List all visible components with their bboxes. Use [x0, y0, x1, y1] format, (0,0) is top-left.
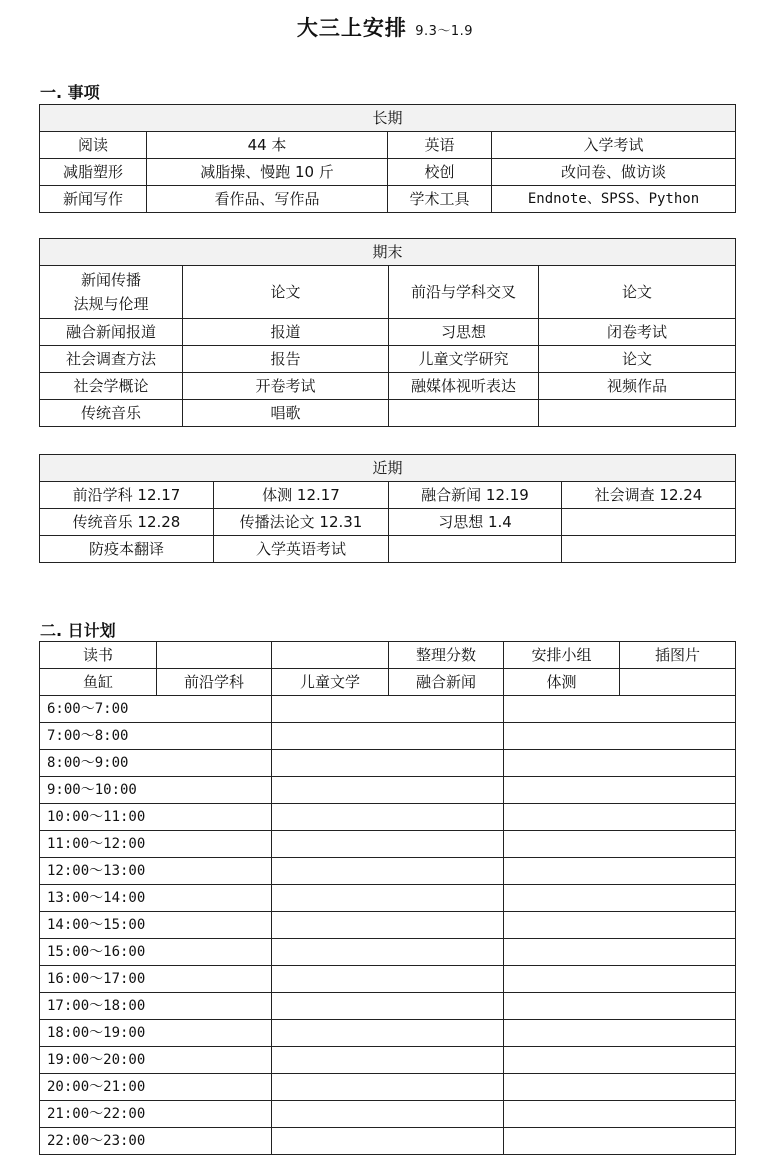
plan-cell[interactable] [272, 1074, 504, 1101]
cell: 论文 [183, 266, 389, 319]
plan-cell[interactable] [272, 723, 504, 750]
plan-cell[interactable] [272, 858, 504, 885]
task-cell: 前沿学科 [157, 669, 272, 696]
cell: 传统音乐 12.28 [40, 509, 214, 536]
time-slot-row: 7:00～8:00 [40, 723, 736, 750]
time-slot-row: 17:00～18:00 [40, 993, 736, 1020]
section-heading-daily-plan: 二. 日计划 [40, 618, 116, 641]
table-row: 新闻传播法规与伦理 论文 前沿与学科交叉 论文 [40, 266, 736, 319]
plan-cell[interactable] [272, 831, 504, 858]
time-slot-label: 22:00～23:00 [40, 1128, 272, 1155]
time-slot-row: 8:00～9:00 [40, 750, 736, 777]
cell: 前沿与学科交叉 [389, 266, 539, 319]
cell: 改问卷、做访谈 [492, 159, 736, 186]
cell: 体测 12.17 [214, 482, 389, 509]
document-title: 大三上安排 9.3～1.9 [0, 12, 770, 42]
plan-cell[interactable] [272, 1101, 504, 1128]
time-slot-row: 14:00～15:00 [40, 912, 736, 939]
time-slot-label: 12:00～13:00 [40, 858, 272, 885]
plan-cell[interactable] [272, 993, 504, 1020]
cell: 减脂操、慢跑 10 斤 [147, 159, 388, 186]
plan-cell[interactable] [504, 966, 736, 993]
daily-plan-table: 读书 整理分数 安排小组 插图片 鱼缸 前沿学科 儿童文学 融合新闻 体测 6:… [39, 641, 736, 1155]
table-row: 传统音乐 12.28 传播法论文 12.31 习思想 1.4 [40, 509, 736, 536]
plan-cell[interactable] [272, 804, 504, 831]
cell [389, 536, 562, 563]
plan-cell[interactable] [504, 1128, 736, 1155]
table-row: 融合新闻报道 报道 习思想 闭卷考试 [40, 319, 736, 346]
time-slot-label: 10:00～11:00 [40, 804, 272, 831]
plan-cell[interactable] [272, 912, 504, 939]
cell: 习思想 [389, 319, 539, 346]
cell: Endnote、SPSS、Python [492, 186, 736, 213]
plan-cell[interactable] [272, 750, 504, 777]
plan-cell[interactable] [504, 777, 736, 804]
cell: 报道 [183, 319, 389, 346]
cell: 44 本 [147, 132, 388, 159]
cell: 融合新闻 12.19 [389, 482, 562, 509]
time-slot-label: 8:00～9:00 [40, 750, 272, 777]
cell: 融媒体视听表达 [389, 373, 539, 400]
final-term-header: 期末 [40, 239, 736, 266]
cell: 阅读 [40, 132, 147, 159]
plan-cell[interactable] [272, 885, 504, 912]
time-slot-row: 6:00～7:00 [40, 696, 736, 723]
time-slot-row: 16:00～17:00 [40, 966, 736, 993]
plan-cell[interactable] [272, 777, 504, 804]
cell: 入学考试 [492, 132, 736, 159]
cell [562, 536, 736, 563]
table-row: 前沿学科 12.17 体测 12.17 融合新闻 12.19 社会调查 12.2… [40, 482, 736, 509]
cell [562, 509, 736, 536]
plan-cell[interactable] [504, 804, 736, 831]
cell: 看作品、写作品 [147, 186, 388, 213]
near-term-table: 近期 前沿学科 12.17 体测 12.17 融合新闻 12.19 社会调查 1… [39, 454, 736, 563]
time-slot-row: 15:00～16:00 [40, 939, 736, 966]
cell: 校创 [388, 159, 492, 186]
course-line-1: 新闻传播 [81, 271, 141, 289]
plan-cell[interactable] [504, 885, 736, 912]
time-slot-label: 19:00～20:00 [40, 1047, 272, 1074]
cell [539, 400, 736, 427]
table-row: 阅读 44 本 英语 入学考试 [40, 132, 736, 159]
cell: 减脂塑形 [40, 159, 147, 186]
plan-cell[interactable] [272, 966, 504, 993]
task-cell: 鱼缸 [40, 669, 157, 696]
plan-cell[interactable] [504, 696, 736, 723]
plan-cell[interactable] [504, 831, 736, 858]
time-slot-row: 12:00～13:00 [40, 858, 736, 885]
table-row: 社会调查方法 报告 儿童文学研究 论文 [40, 346, 736, 373]
task-cell: 整理分数 [389, 642, 504, 669]
cell: 报告 [183, 346, 389, 373]
time-slot-row: 18:00～19:00 [40, 1020, 736, 1047]
time-slot-row: 9:00～10:00 [40, 777, 736, 804]
task-cell: 安排小组 [504, 642, 620, 669]
time-slot-label: 16:00～17:00 [40, 966, 272, 993]
table-row: 减脂塑形 减脂操、慢跑 10 斤 校创 改问卷、做访谈 [40, 159, 736, 186]
table-row: 新闻写作 看作品、写作品 学术工具 Endnote、SPSS、Python [40, 186, 736, 213]
time-slot-label: 6:00～7:00 [40, 696, 272, 723]
time-slot-row: 10:00～11:00 [40, 804, 736, 831]
cell: 开卷考试 [183, 373, 389, 400]
table-row: 防疫本翻译 入学英语考试 [40, 536, 736, 563]
cell: 新闻传播法规与伦理 [40, 266, 183, 319]
time-slot-label: 14:00～15:00 [40, 912, 272, 939]
task-row: 读书 整理分数 安排小组 插图片 [40, 642, 736, 669]
task-cell [620, 669, 736, 696]
time-slot-label: 21:00～22:00 [40, 1101, 272, 1128]
time-slot-row: 21:00～22:00 [40, 1101, 736, 1128]
cell: 社会调查 12.24 [562, 482, 736, 509]
time-slot-label: 11:00～12:00 [40, 831, 272, 858]
task-cell [157, 642, 272, 669]
plan-cell[interactable] [272, 696, 504, 723]
task-cell: 融合新闻 [389, 669, 504, 696]
cell: 社会调查方法 [40, 346, 183, 373]
cell: 习思想 1.4 [389, 509, 562, 536]
cell: 儿童文学研究 [389, 346, 539, 373]
plan-cell[interactable] [504, 939, 736, 966]
cell: 融合新闻报道 [40, 319, 183, 346]
cell: 视频作品 [539, 373, 736, 400]
long-term-header: 长期 [40, 105, 736, 132]
time-slot-row: 19:00～20:00 [40, 1047, 736, 1074]
cell: 传统音乐 [40, 400, 183, 427]
cell: 社会学概论 [40, 373, 183, 400]
cell: 闭卷考试 [539, 319, 736, 346]
table-row: 传统音乐 唱歌 [40, 400, 736, 427]
cell: 英语 [388, 132, 492, 159]
cell: 传播法论文 12.31 [214, 509, 389, 536]
task-cell: 读书 [40, 642, 157, 669]
time-slot-label: 13:00～14:00 [40, 885, 272, 912]
time-slot-label: 7:00～8:00 [40, 723, 272, 750]
plan-cell[interactable] [272, 1047, 504, 1074]
plan-cell[interactable] [272, 1020, 504, 1047]
cell: 前沿学科 12.17 [40, 482, 214, 509]
time-slot-label: 17:00～18:00 [40, 993, 272, 1020]
cell: 学术工具 [388, 186, 492, 213]
title-date-range: 9.3～1.9 [415, 24, 473, 39]
cell: 论文 [539, 266, 736, 319]
plan-cell[interactable] [504, 993, 736, 1020]
time-slot-row: 13:00～14:00 [40, 885, 736, 912]
task-cell: 儿童文学 [272, 669, 389, 696]
table-row: 社会学概论 开卷考试 融媒体视听表达 视频作品 [40, 373, 736, 400]
cell: 防疫本翻译 [40, 536, 214, 563]
time-slot-label: 9:00～10:00 [40, 777, 272, 804]
plan-cell[interactable] [504, 1101, 736, 1128]
task-cell: 插图片 [620, 642, 736, 669]
task-cell [272, 642, 389, 669]
time-slot-row: 22:00～23:00 [40, 1128, 736, 1155]
task-row: 鱼缸 前沿学科 儿童文学 融合新闻 体测 [40, 669, 736, 696]
plan-cell[interactable] [504, 1074, 736, 1101]
final-term-table: 期末 新闻传播法规与伦理 论文 前沿与学科交叉 论文 融合新闻报道 报道 习思想… [39, 238, 736, 427]
course-line-2: 法规与伦理 [73, 295, 148, 313]
section-heading-items: 一. 事项 [40, 80, 100, 103]
cell: 论文 [539, 346, 736, 373]
plan-cell[interactable] [504, 912, 736, 939]
cell [389, 400, 539, 427]
time-slot-label: 20:00～21:00 [40, 1074, 272, 1101]
task-cell: 体测 [504, 669, 620, 696]
plan-cell[interactable] [272, 939, 504, 966]
plan-cell[interactable] [504, 858, 736, 885]
plan-cell[interactable] [504, 723, 736, 750]
plan-cell[interactable] [504, 1020, 736, 1047]
time-slot-label: 18:00～19:00 [40, 1020, 272, 1047]
plan-cell[interactable] [504, 1047, 736, 1074]
time-slot-row: 11:00～12:00 [40, 831, 736, 858]
cell: 新闻写作 [40, 186, 147, 213]
plan-cell[interactable] [504, 750, 736, 777]
plan-cell[interactable] [272, 1128, 504, 1155]
cell: 入学英语考试 [214, 536, 389, 563]
near-term-header: 近期 [40, 455, 736, 482]
time-slot-row: 20:00～21:00 [40, 1074, 736, 1101]
long-term-table: 长期 阅读 44 本 英语 入学考试 减脂塑形 减脂操、慢跑 10 斤 校创 改… [39, 104, 736, 213]
time-slot-label: 15:00～16:00 [40, 939, 272, 966]
cell: 唱歌 [183, 400, 389, 427]
title-main: 大三上安排 [297, 16, 407, 40]
